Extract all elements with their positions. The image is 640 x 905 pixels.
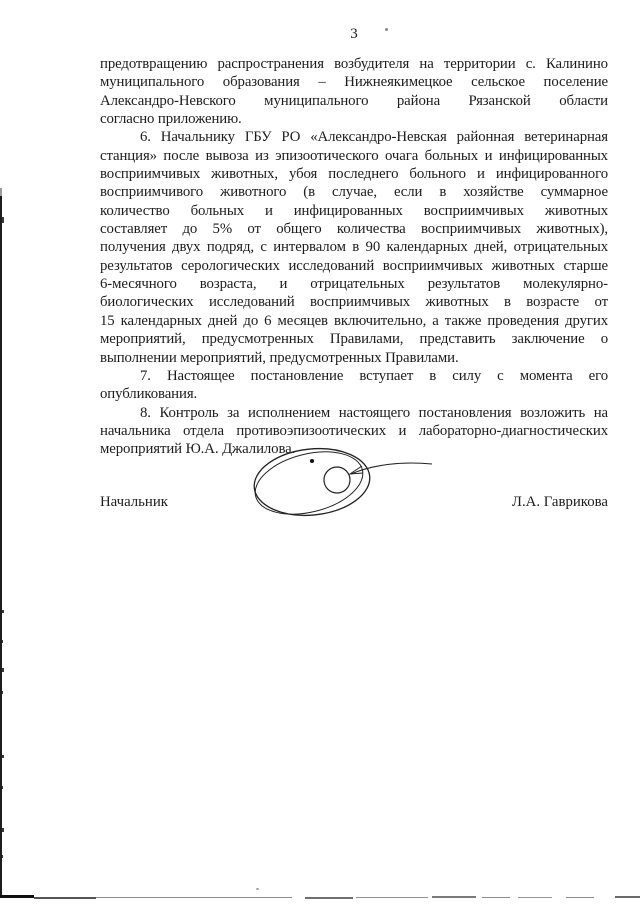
signatory-position: Начальник bbox=[100, 493, 168, 511]
text-line: Александро-Невского муниципального район… bbox=[100, 92, 608, 110]
page-number: 3 bbox=[100, 25, 608, 43]
scanned-document-page: 3 предотвращению распространения возбуди… bbox=[0, 0, 640, 905]
text-line: восприимчивого животного (в случае, если… bbox=[100, 183, 608, 201]
scan-artifact-dash bbox=[615, 896, 640, 898]
text-line: 8. Контроль за исполнением настоящего по… bbox=[100, 404, 608, 422]
signature-pen-dot bbox=[310, 459, 314, 463]
signature-outer-oval bbox=[251, 443, 373, 521]
text-line: выполнении мероприятий, предусмотренных … bbox=[100, 349, 608, 367]
scan-artifact-dot bbox=[256, 888, 259, 890]
scan-artifact-left-line-cap bbox=[0, 188, 2, 196]
scan-artifact-nub bbox=[2, 691, 3, 694]
paragraph: предотвращению распространения возбудите… bbox=[100, 55, 608, 128]
text-line: 15 календарных дней до 6 месяцев включит… bbox=[100, 312, 608, 330]
scan-artifact-dash bbox=[34, 897, 96, 899]
text-line: станция» после вывоза из эпизоотического… bbox=[100, 147, 608, 165]
scan-artifact-nub bbox=[2, 828, 4, 832]
text-line: 6-месячного возраста, и отрицательных ре… bbox=[100, 275, 608, 293]
scan-artifact-dash bbox=[96, 897, 292, 898]
signature-scribble bbox=[240, 438, 450, 530]
scan-artifact-nub bbox=[2, 610, 4, 613]
scan-artifact-nub bbox=[2, 855, 3, 858]
document-body: предотвращению распространения возбудите… bbox=[100, 55, 608, 459]
scan-artifact-dash bbox=[356, 897, 428, 898]
scan-artifact-dash bbox=[566, 897, 594, 898]
paragraph: 7. Настоящее постановление вступает в си… bbox=[100, 367, 608, 404]
text-line: количество больных и инфицированных восп… bbox=[100, 202, 608, 220]
scan-artifact-nub bbox=[2, 217, 4, 223]
text-line: получения двух подряд, с интервалом в 90… bbox=[100, 238, 608, 256]
signature-inner-oval bbox=[249, 442, 370, 525]
signature-small-circle bbox=[324, 467, 350, 493]
text-line: результатов серологических исследований … bbox=[100, 257, 608, 275]
scan-artifact-dash bbox=[482, 897, 510, 898]
scan-artifact-nub bbox=[2, 640, 3, 643]
scan-artifact-nub bbox=[2, 755, 4, 758]
text-line: составляет до 5% от общего количества во… bbox=[100, 220, 608, 238]
paragraph: 6. Начальнику ГБУ РО «Александро-Невская… bbox=[100, 128, 608, 366]
text-line: 7. Настоящее постановление вступает в си… bbox=[100, 367, 608, 385]
text-line: опубликования. bbox=[100, 385, 608, 403]
text-line: биологических исследований восприимчивых… bbox=[100, 293, 608, 311]
text-line: восприимчивых животных, убоя последнего … bbox=[100, 165, 608, 183]
text-line: мероприятий, предусмотренных Правилами, … bbox=[100, 330, 608, 348]
scan-artifact-left-line bbox=[0, 196, 2, 897]
text-line: предотвращению распространения возбудите… bbox=[100, 55, 608, 73]
text-line: 6. Начальнику ГБУ РО «Александро-Невская… bbox=[100, 128, 608, 146]
text-line: муниципального образования – Нижнеякимец… bbox=[100, 73, 608, 91]
signatory-name: Л.А. Гаврикова bbox=[512, 493, 608, 511]
scan-artifact-dash bbox=[432, 896, 476, 898]
scan-artifact-dash bbox=[305, 897, 353, 899]
text-line: согласно приложению. bbox=[100, 110, 608, 128]
scan-artifact-nub bbox=[2, 668, 4, 672]
scan-artifact-dash bbox=[518, 897, 552, 898]
scan-artifact-dash bbox=[0, 895, 34, 898]
scan-artifact-nub bbox=[2, 786, 3, 789]
